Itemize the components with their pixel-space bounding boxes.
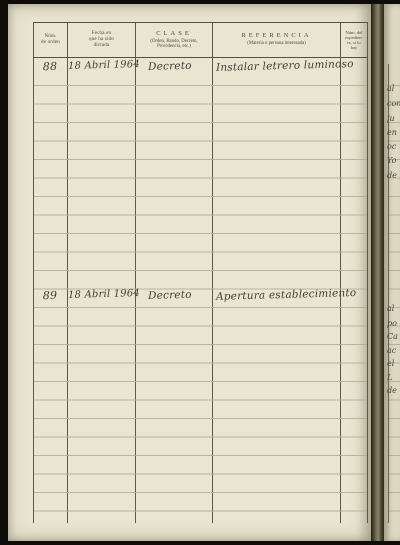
handwriting-fragment: de xyxy=(387,386,400,395)
handwriting-fragment: po xyxy=(387,319,400,328)
facing-page-sliver: al con ju en oc Yo de al po Ca ac el L d… xyxy=(384,4,400,541)
header-title: CLASE xyxy=(156,30,192,38)
header-cell-clase: CLASE (Orden, Bando, Decreto, Providenci… xyxy=(136,22,212,57)
handwriting-fragment: en xyxy=(387,128,400,137)
handwriting-fragment: al xyxy=(387,304,400,313)
header-subtitle: Providencia, etc.) xyxy=(157,44,191,50)
book-gutter-edge xyxy=(371,4,384,541)
header-cell-referencia: REFERENCIA (Materia o persona interesada… xyxy=(213,22,340,57)
header-bottom-line xyxy=(33,57,368,58)
header-text: de orden xyxy=(41,40,60,46)
header-cell-fecha: Fecha en que ha sido dictada xyxy=(68,22,135,57)
handwriting-fragment: Yo xyxy=(387,156,400,165)
handwriting-fragment: ju xyxy=(387,114,400,123)
handwriting-fragment: de xyxy=(387,171,400,180)
header-cell-expediente: Núm. del expedien- te, si lo hay xyxy=(341,22,367,57)
handwriting-fragment: al xyxy=(387,84,400,93)
header-subtitle: (Materia o persona interesada) xyxy=(247,41,305,47)
handwriting-fragment: con xyxy=(387,99,400,108)
handwriting-fragment: Ca xyxy=(387,332,400,341)
entry-date: 18 Abril 1964 xyxy=(68,59,138,72)
entry-class: Decreto xyxy=(148,59,218,73)
header-text: hay xyxy=(351,45,358,50)
registry-page: Núm. de orden Fecha en que ha sido dicta… xyxy=(8,4,371,541)
entry-number: 88 xyxy=(33,60,67,74)
header-title: REFERENCIA xyxy=(241,32,311,40)
entry-date: 18 Abril 1964 xyxy=(68,288,138,301)
handwriting-fragment: oc xyxy=(387,142,400,151)
header-cell-num-orden: Núm. de orden xyxy=(34,22,67,57)
handwriting-fragment: L xyxy=(387,373,400,382)
handwriting-fragment: ac xyxy=(387,346,400,355)
ledger-table: Núm. de orden Fecha en que ha sido dicta… xyxy=(33,22,368,523)
scanned-ledger-screenshot: Núm. de orden Fecha en que ha sido dicta… xyxy=(0,0,400,545)
table-border-right xyxy=(367,22,368,523)
entry-number: 89 xyxy=(33,289,67,303)
handwriting-fragment: el xyxy=(387,359,400,368)
header-text: dictada xyxy=(94,43,110,49)
entry-class: Decreto xyxy=(148,288,218,302)
